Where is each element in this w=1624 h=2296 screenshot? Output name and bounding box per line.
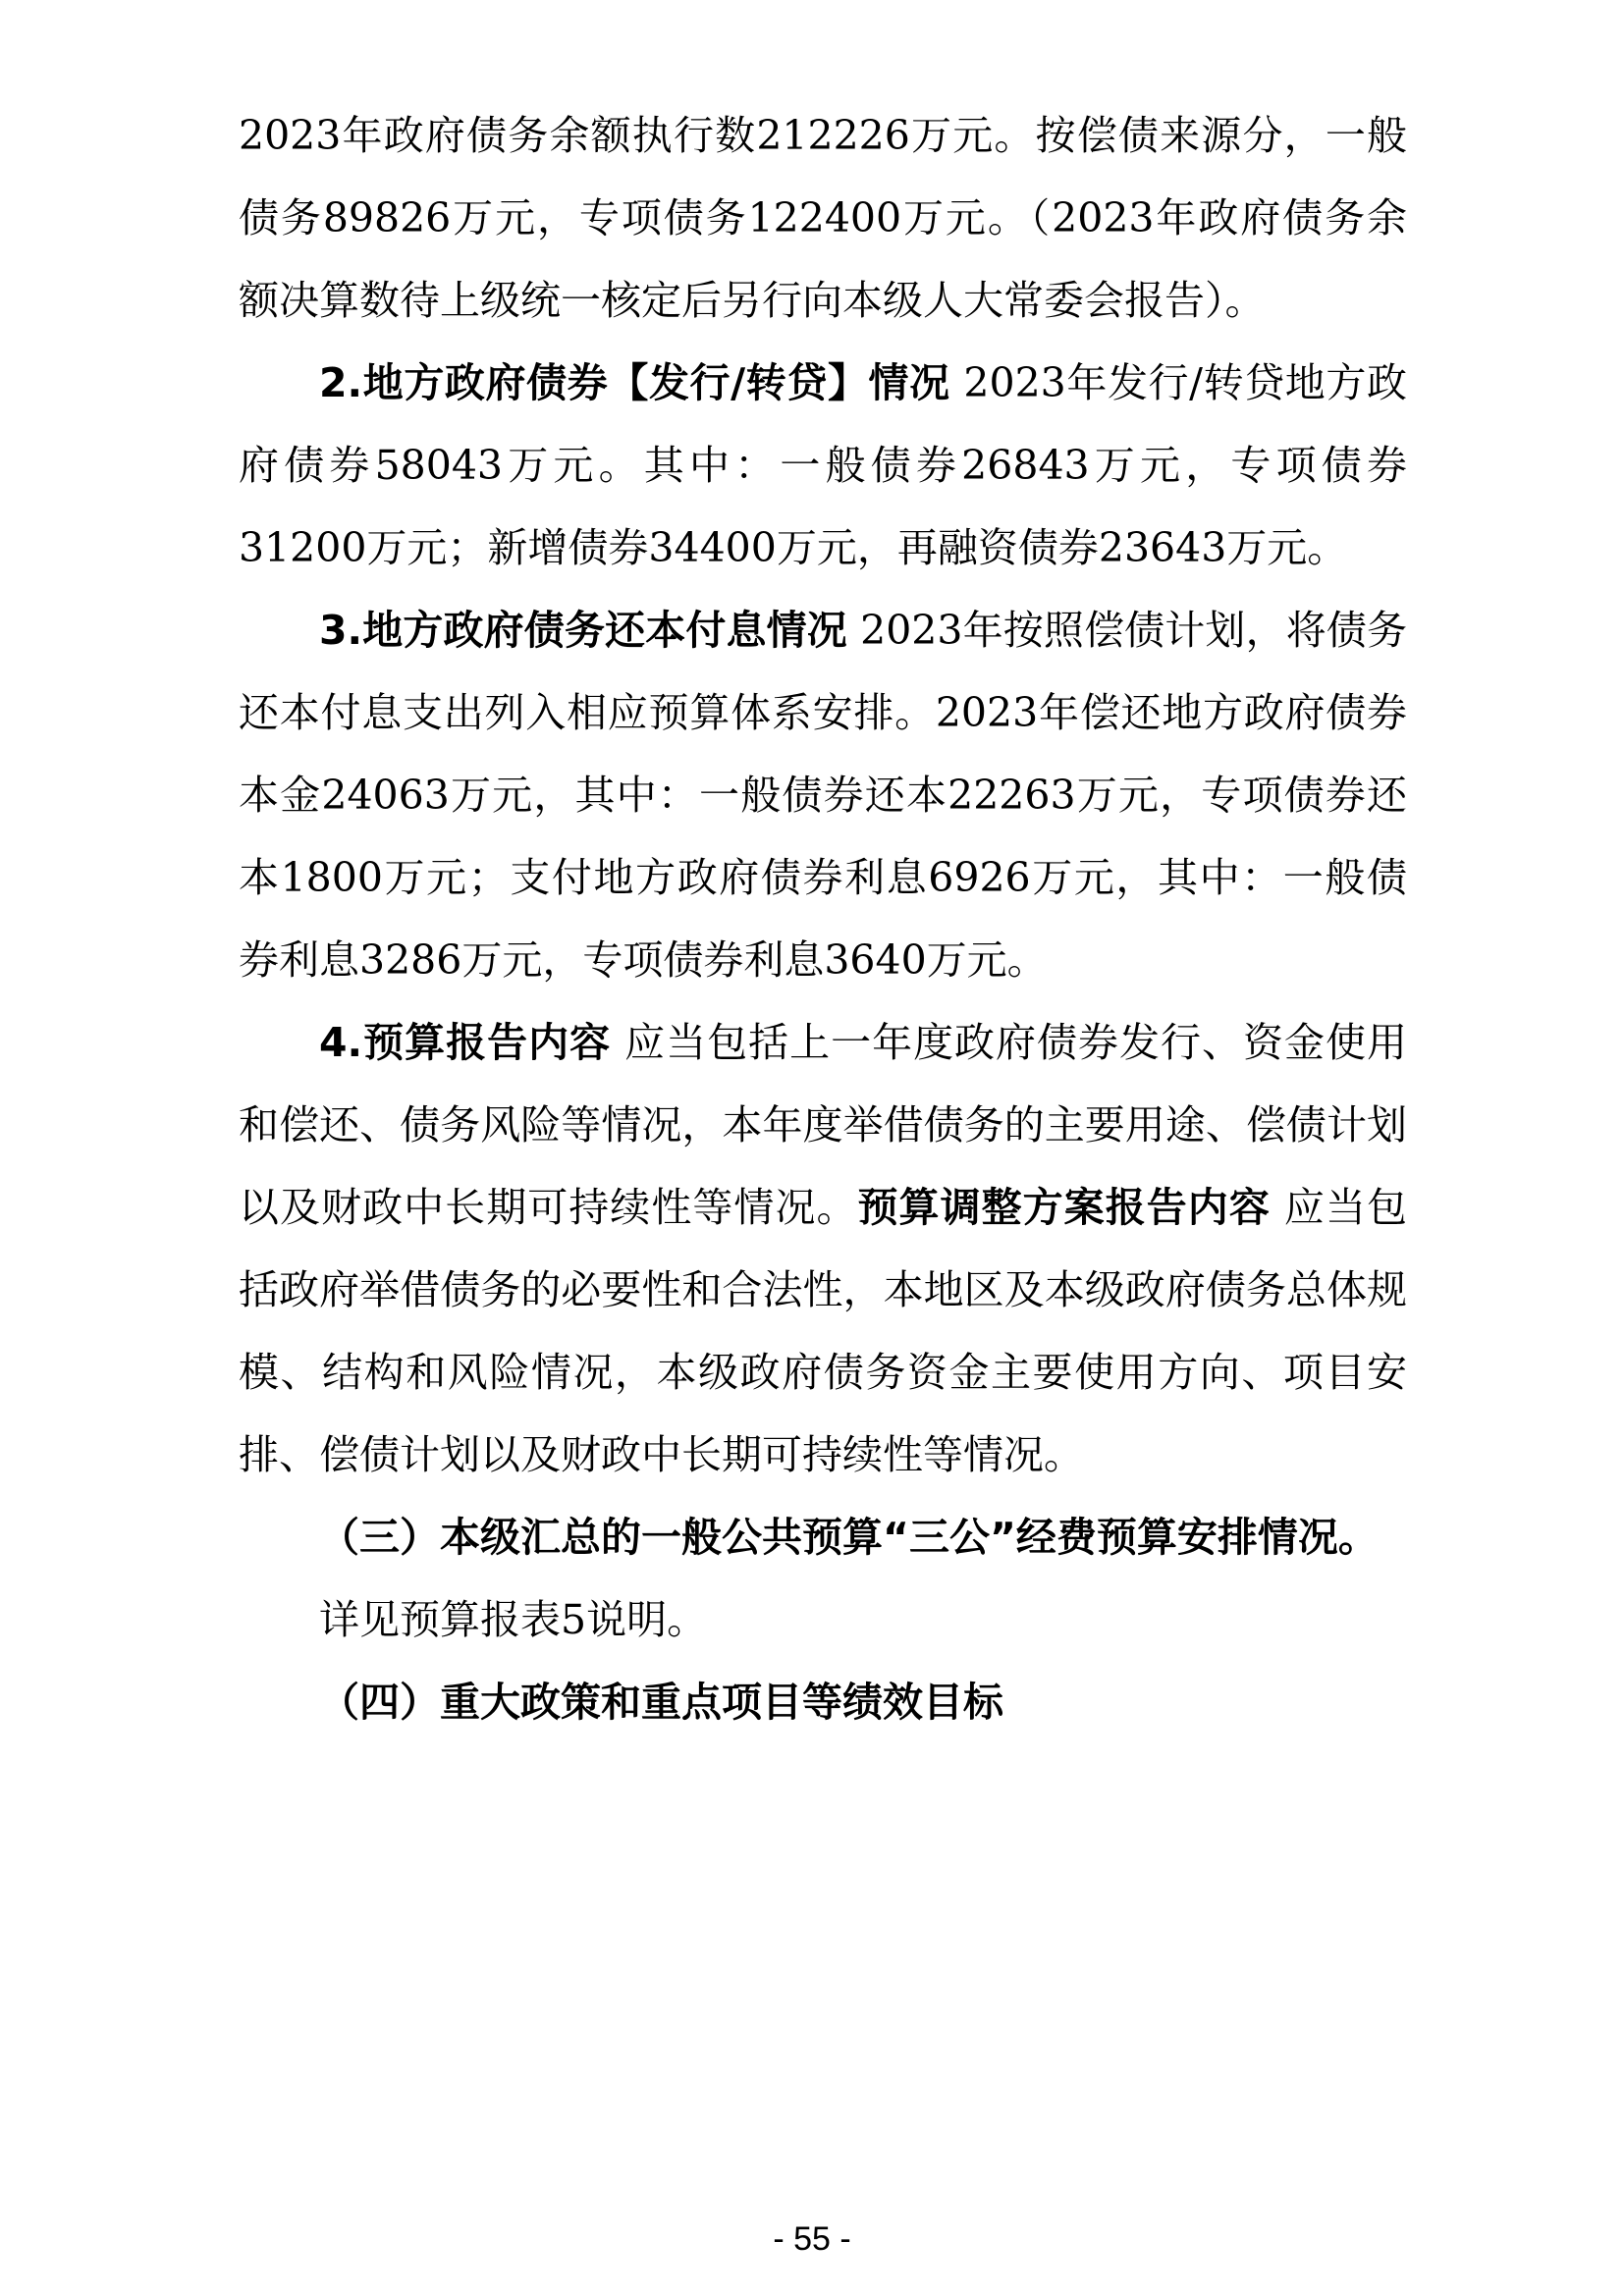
heading-text: （四）重大政策和重点项目等绩效目标 [319, 1679, 1003, 1726]
paragraph-text: 2023年政府债务余额执行数212226万元。按偿债来源分，一般债务89826万… [239, 112, 1407, 324]
paragraph-debt-service: 3.地方政府债务还本付息情况 2023年按照偿债计划，将债务还本付息支出列入相应… [239, 589, 1407, 1001]
inline-heading-budget-report: 4.预算报告内容 [319, 1019, 611, 1066]
paragraph-text: 详见预算报表5说明。 [319, 1596, 707, 1643]
heading-section-3: （三）本级汇总的一般公共预算“三公”经费预算安排情况。 [239, 1496, 1407, 1578]
document-page: 2023年政府债务余额执行数212226万元。按偿债来源分，一般债务89826万… [0, 0, 1624, 2296]
page-number: - 55 - [0, 2220, 1624, 2259]
inline-heading-debt-service: 3.地方政府债务还本付息情况 [319, 607, 847, 654]
paragraph-debt-balance: 2023年政府债务余额执行数212226万元。按偿债来源分，一般债务89826万… [239, 94, 1407, 342]
paragraph-see-table-5: 详见预算报表5说明。 [239, 1578, 1407, 1661]
paragraph-budget-report-content: 4.预算报告内容 应当包括上一年度政府债券发行、资金使用和偿还、债务风险等情况，… [239, 1001, 1407, 1496]
heading-text: （三）本级汇总的一般公共预算“三公”经费预算安排情况。 [319, 1514, 1379, 1561]
heading-section-4: （四）重大政策和重点项目等绩效目标 [239, 1661, 1407, 1743]
paragraph-bond-issuance: 2.地方政府债券【发行/转贷】情况 2023年发行/转贷地方政府债券58043万… [239, 342, 1407, 589]
document-body: 2023年政府债务余额执行数212226万元。按偿债来源分，一般债务89826万… [239, 94, 1407, 1743]
paragraph-text: 2023年按照偿债计划，将债务还本付息支出列入相应预算体系安排。2023年偿还地… [239, 607, 1407, 984]
inline-heading-budget-adjustment: 预算调整方案报告内容 [858, 1184, 1271, 1231]
inline-heading-bond-issuance: 2.地方政府债券【发行/转贷】情况 [319, 359, 950, 406]
